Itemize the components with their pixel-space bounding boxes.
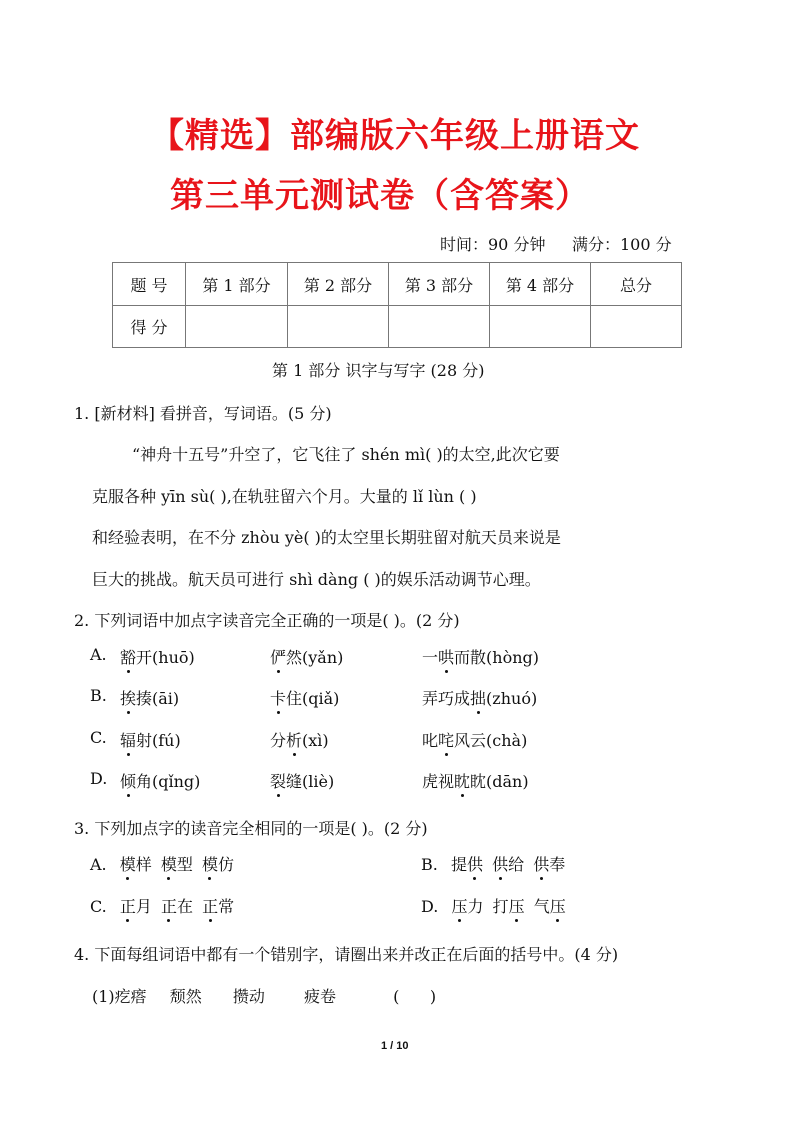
word: 模型 [161,855,193,874]
q2-b-item2: 卡住(qiǎ) [270,686,339,709]
dotted-char: 裂 [270,769,286,792]
q3-option-d: D. 压力 打压 气压 [421,894,566,917]
q2-d-item1: 倾角(qǐng) [120,769,200,792]
word: 疙瘩 [115,987,147,1006]
header-cell-part3: 第 3 部分 [389,263,490,306]
score-cell-part3 [389,306,490,348]
dotted-char: 压 [550,894,566,917]
word: 供奉 [533,855,565,874]
item-number: (1) [92,987,115,1006]
dotted-char: 供 [492,852,508,875]
word: 打压 [493,897,525,916]
option-label: D. [90,769,107,788]
dotted-char: 压 [509,894,525,917]
document-title-line2: 第三单元测试卷（含答案） [170,168,590,217]
word: 模仿 [202,855,234,874]
item-text: 风云(chà) [454,731,527,750]
q1-line3: 和经验表明，在不分 zhòu yè( )的太空里长期驻留对航天员来说是 [92,525,561,548]
score-row-label: 得 分 [113,306,186,348]
q1-line2: 克服各种 yīn sù( ),在轨驻留六个月。大量的 lǐ lùn ( ) [92,484,477,507]
item-text: 射(fú) [136,731,181,750]
q2-a-item3: 一哄而散(hòng) [422,645,539,668]
q2-d-item3: 虎视眈眈(dān) [422,769,529,792]
word: 气压 [534,897,566,916]
dotted-char: 供 [533,852,549,875]
dotted-char: 析 [286,728,302,751]
option-label: A. [90,855,107,874]
q2-option-d: D. [90,769,107,788]
exam-full-score: 满分：100 分 [572,232,672,255]
q1-line4: 巨大的挑战。航天员可进行 shì dàng ( )的娱乐活动调节心理。 [92,567,541,590]
item-text: 而散(hòng) [454,648,539,667]
section1-heading: 第 1 部分 识字与写字 (28 分) [272,358,484,381]
item-text: 角(qǐng) [136,772,200,791]
dotted-char: 眈 [454,769,470,792]
q2-b-item1: 挨揍(āi) [120,686,179,709]
q2-option-b: B. [90,686,107,705]
header-cell-part4: 第 4 部分 [490,263,591,306]
exam-time: 时间：90 分钟 [440,232,545,255]
score-table-header-row: 题 号 第 1 部分 第 2 部分 第 3 部分 第 4 部分 总分 [113,263,682,306]
word: 疲卷 [304,987,336,1006]
q3-option-c: C. 正月 正在 正常 [90,894,234,917]
dotted-char: 挨 [120,686,136,709]
dotted-char: 俨 [270,645,286,668]
word: 正在 [161,897,193,916]
q2-option-c: C. [90,728,107,747]
q2-a-item2: 俨然(yǎn) [270,645,343,668]
q4-item1: (1)疙瘩 颓然 攒动 疲卷 ( ) [92,984,436,1007]
char: 气 [534,897,550,916]
q2-c-item3: 叱咤风云(chà) [422,728,527,751]
dotted-char: 正 [161,894,177,917]
char: 常 [218,897,234,916]
char: 样 [136,855,152,874]
q2-c-item1: 辐射(fú) [120,728,181,751]
item-text: 一 [422,648,438,667]
q4-stem: 4. 下面每组词语中都有一个错别字，请圈出来并改正在后面的括号中。(4 分) [74,942,618,965]
answer-box[interactable]: ( ) [393,987,436,1006]
item-text: 住(qiǎ) [286,689,339,708]
option-label: D. [421,897,438,916]
item-text: 虎视 [422,772,454,791]
word: 提供 [451,855,483,874]
q2-d-item2: 裂缝(liè) [270,769,334,792]
char: 在 [177,897,193,916]
score-cell-part1 [186,306,288,348]
dotted-char: 拙 [470,686,486,709]
item-text: (xì) [302,731,329,750]
option-label: B. [421,855,438,874]
item-text: 叱 [422,731,438,750]
dotted-char: 模 [202,852,218,875]
option-label: C. [90,728,107,747]
word: 正常 [202,897,234,916]
option-label: A. [90,645,107,664]
char: 提 [451,855,467,874]
dotted-char: 模 [161,852,177,875]
score-table-score-row: 得 分 [113,306,682,348]
item-text: 弄巧成 [422,689,470,708]
item-text: 分 [270,731,286,750]
page-number: 1 / 10 [381,1040,409,1052]
q2-stem: 2. 下列词语中加点字读音完全正确的一项是( )。(2 分) [74,608,460,631]
char: 奉 [549,855,565,874]
dotted-char: 压 [451,894,467,917]
option-label: B. [90,686,107,705]
header-cell-part2: 第 2 部分 [288,263,389,306]
q2-a-item1: 豁开(huō) [120,645,195,668]
dotted-char: 咤 [438,728,454,751]
header-cell-label: 题 号 [113,263,186,306]
q2-option-a: A. [90,645,107,664]
word: 正月 [120,897,152,916]
item-text: 开(huō) [136,648,195,667]
item-text: 眈(dān) [470,772,529,791]
q1-line1: “神舟十五号”升空了，它飞往了 shén mì( )的太空,此次它要 [132,442,560,465]
score-cell-total [591,306,682,348]
char: 打 [493,897,509,916]
q3-option-b: B. 提供 供给 供奉 [421,852,565,875]
dotted-char: 正 [202,894,218,917]
q3-stem: 3. 下列加点字的读音完全相同的一项是( )。(2 分) [74,816,428,839]
word: 攒动 [233,987,265,1006]
word: 模样 [120,855,152,874]
dotted-char: 倾 [120,769,136,792]
dotted-char: 辐 [120,728,136,751]
item-text: 缝(liè) [286,772,334,791]
document-title-line1: 【精选】部编版六年级上册语文 [150,108,640,157]
item-text: (zhuó) [486,689,537,708]
char: 月 [136,897,152,916]
dotted-char: 哄 [438,645,454,668]
header-cell-part1: 第 1 部分 [186,263,288,306]
score-table: 题 号 第 1 部分 第 2 部分 第 3 部分 第 4 部分 总分 得 分 [112,262,682,348]
char: 给 [508,855,524,874]
dotted-char: 正 [120,894,136,917]
q3-option-a: A. 模样 模型 模仿 [90,852,234,875]
item-text: 然(yǎn) [286,648,343,667]
score-cell-part4 [490,306,591,348]
dotted-char: 供 [467,852,483,875]
dotted-char: 卡 [270,686,286,709]
option-label: C. [90,897,107,916]
char: 型 [177,855,193,874]
dotted-char: 模 [120,852,136,875]
char: 仿 [218,855,234,874]
word: 供给 [492,855,524,874]
dotted-char: 豁 [120,645,136,668]
word: 颓然 [170,987,202,1006]
score-cell-part2 [288,306,389,348]
word: 压力 [451,897,483,916]
item-text: 揍(āi) [136,689,179,708]
q1-stem: 1. [新材料] 看拼音，写词语。(5 分) [74,401,332,424]
q2-b-item3: 弄巧成拙(zhuó) [422,686,537,709]
q2-c-item2: 分析(xì) [270,728,329,751]
header-cell-total: 总分 [591,263,682,306]
char: 力 [467,897,483,916]
